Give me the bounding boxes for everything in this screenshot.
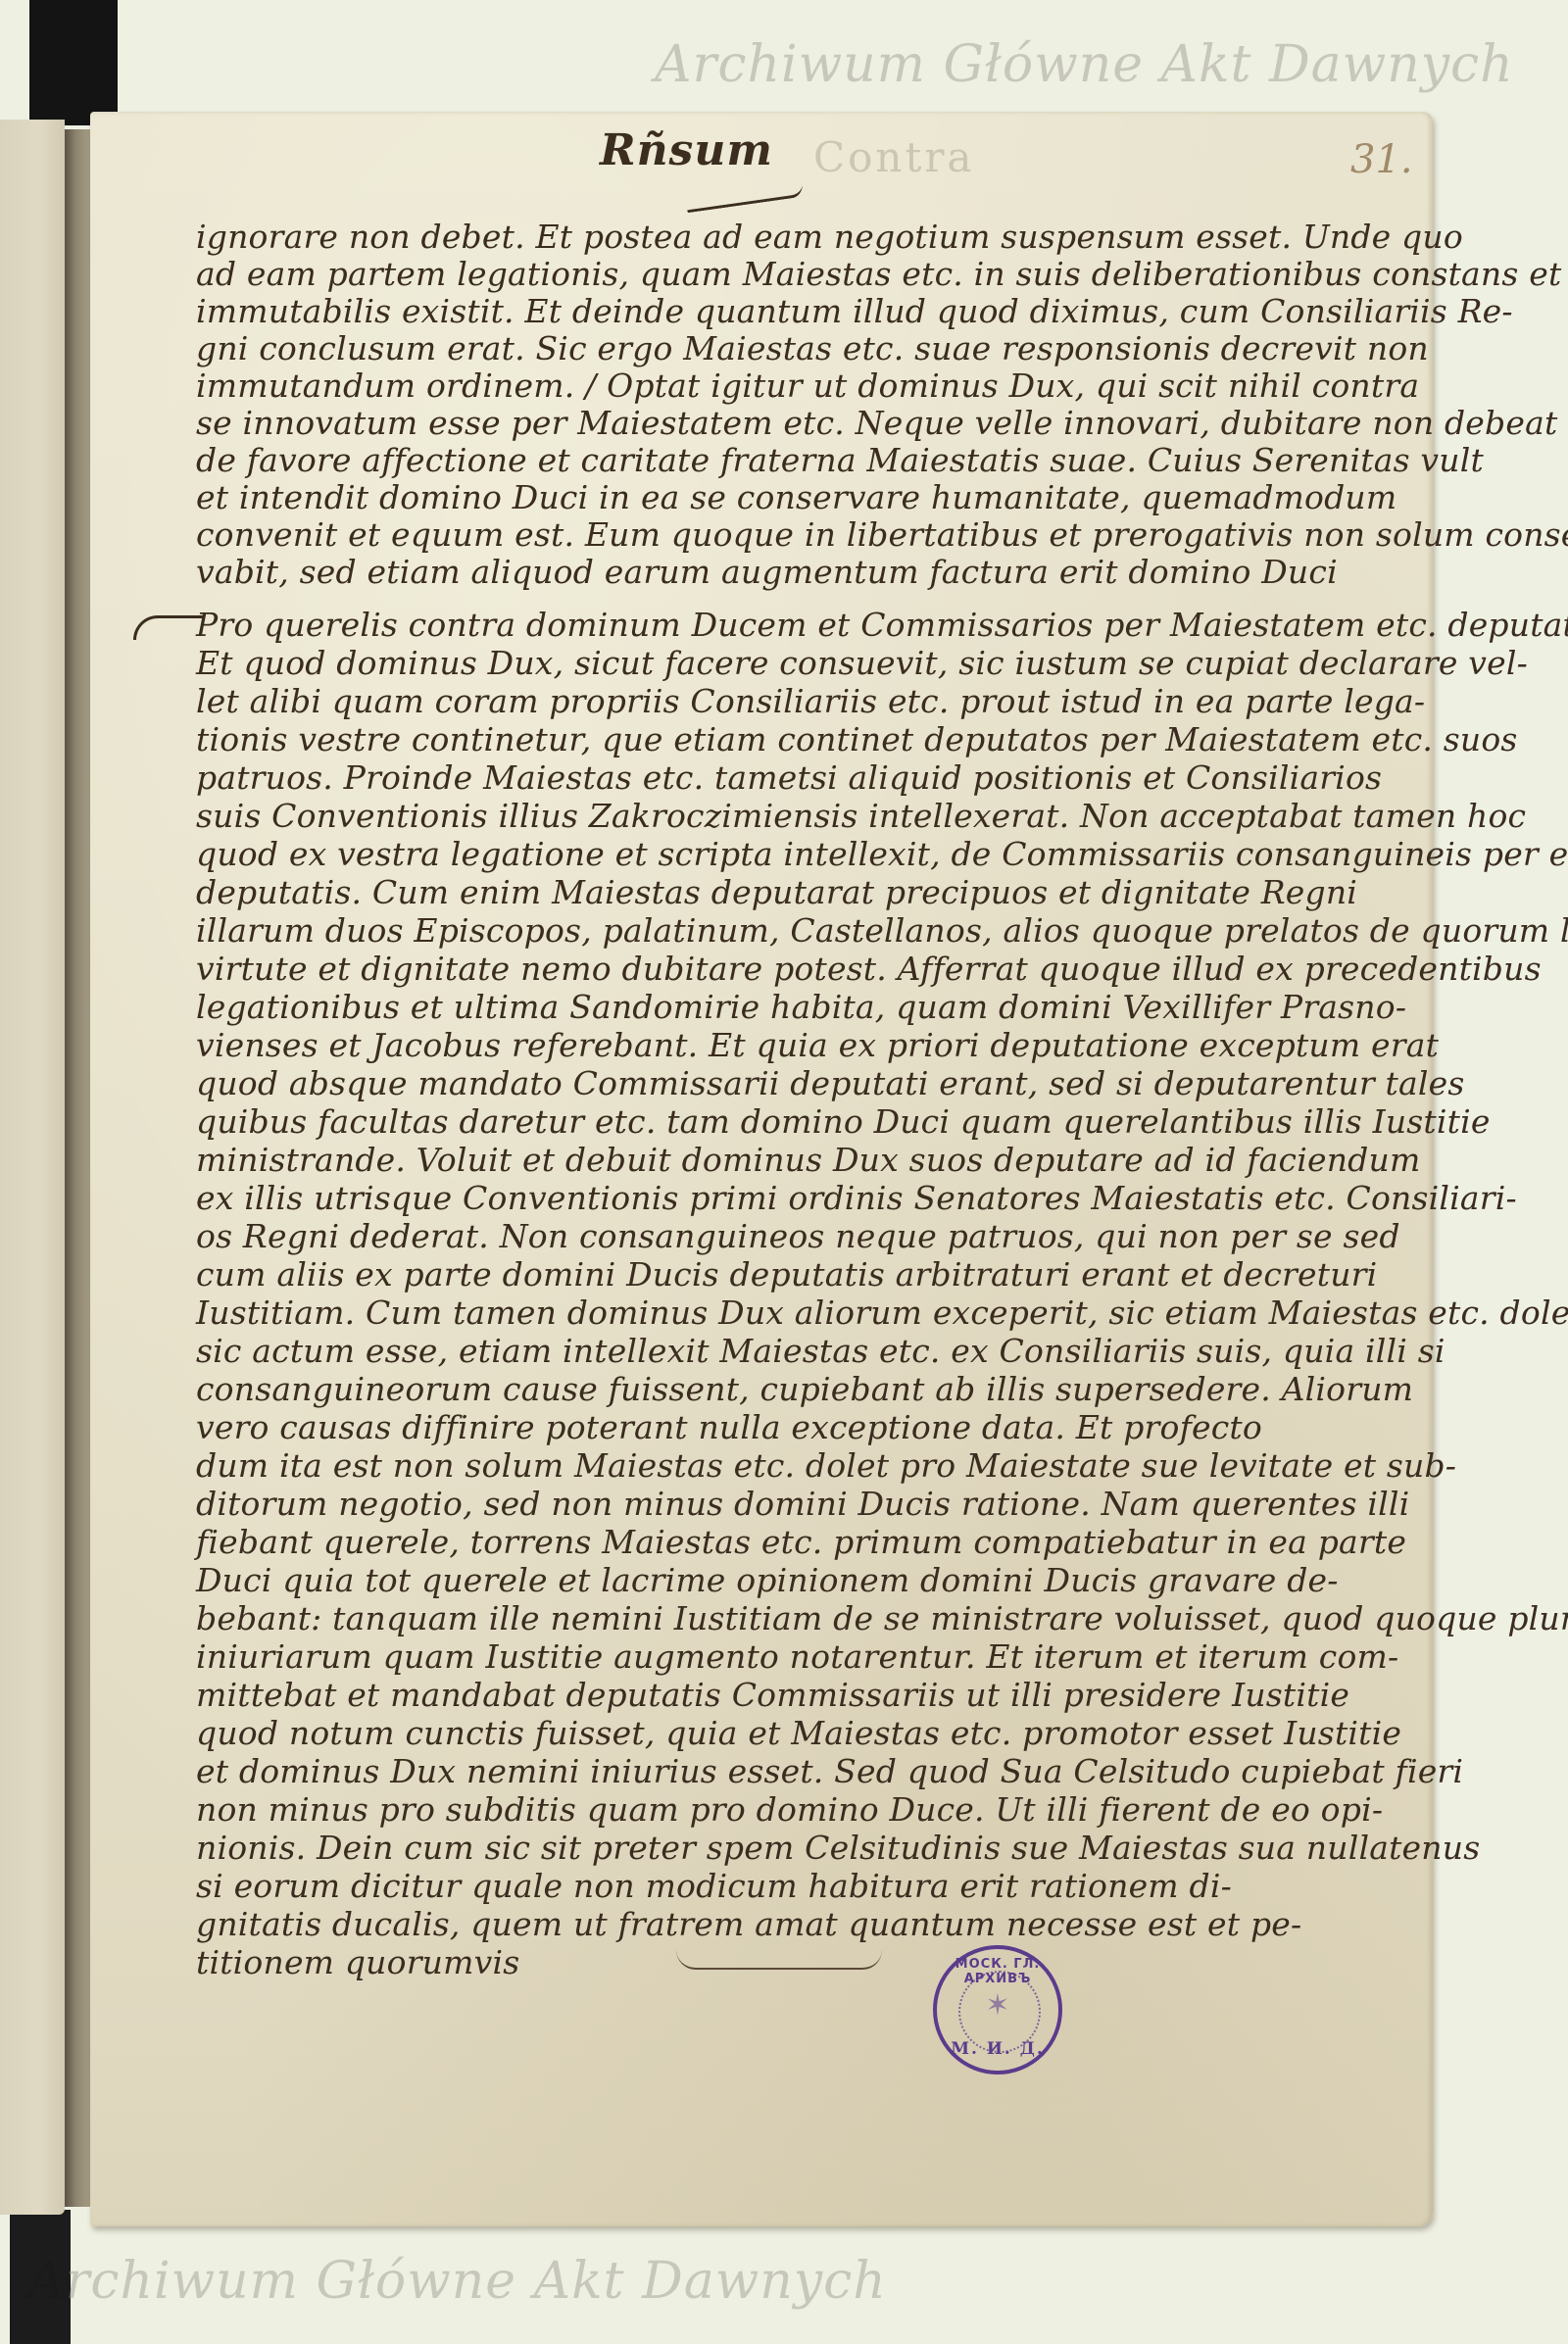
text-line: illarum duos Episcopos, palatinum, Caste… bbox=[196, 911, 1568, 950]
text-line: patruos. Proinde Maiestas etc. tametsi a… bbox=[196, 758, 1382, 797]
text-line: ad eam partem legationis, quam Maiestas … bbox=[196, 255, 1561, 293]
page-heading: Rñsum bbox=[600, 125, 773, 175]
text-line: convenit et equum est. Eum quoque in lib… bbox=[196, 515, 1568, 554]
previous-page-edge bbox=[0, 120, 65, 2215]
binding-gutter bbox=[65, 129, 90, 2207]
archive-stamp: МОСК. ГЛ. АРХИВЪ ✶ М. И. Д. bbox=[933, 1945, 1062, 2075]
text-line: vabit, sed etiam aliquod earum augmentum… bbox=[196, 553, 1338, 591]
text-line: non minus pro subditis quam pro domino D… bbox=[196, 1790, 1383, 1829]
text-line: vienses et Jacobus referebant. Et quia e… bbox=[196, 1026, 1439, 1064]
text-line: let alibi quam coram propriis Consiliari… bbox=[196, 682, 1425, 720]
text-line: Duci quia tot querele et lacrime opinion… bbox=[196, 1561, 1339, 1599]
text-line: Iustitiam. Cum tamen dominus Dux aliorum… bbox=[196, 1294, 1568, 1332]
text-line: et dominus Dux nemini iniurius esset. Se… bbox=[196, 1752, 1463, 1790]
text-line: gni conclusum erat. Sic ergo Maiestas et… bbox=[196, 329, 1429, 367]
text-line: immutandum ordinem. / Optat igitur ut do… bbox=[196, 366, 1419, 405]
text-line: gnitatis ducalis, quem ut fratrem amat q… bbox=[196, 1905, 1301, 1943]
text-line: de favore affectione et caritate fratern… bbox=[196, 441, 1484, 479]
text-line: se innovatum esse per Maiestatem etc. Ne… bbox=[196, 404, 1557, 442]
text-line: legationibus et ultima Sandomirie habita… bbox=[196, 988, 1406, 1026]
archive-watermark-top: Archiwum Główne Akt Dawnych bbox=[655, 35, 1514, 94]
watermark-rest: rchiwum Główne Akt Dawnych bbox=[66, 2252, 887, 2311]
text-line: cum aliis ex parte domini Ducis deputati… bbox=[196, 1255, 1377, 1294]
scanner-bed-strip-top bbox=[29, 0, 118, 125]
watermark-first-letter: A bbox=[27, 2252, 66, 2311]
text-line: ditorum negotio, sed non minus domini Du… bbox=[196, 1485, 1409, 1523]
text-line: ignorare non debet. Et postea ad eam neg… bbox=[196, 218, 1463, 256]
paragraph-mark-flourish bbox=[133, 615, 205, 640]
text-line: iniuriarum quam Iustitie augmento notare… bbox=[196, 1637, 1398, 1676]
archive-watermark-bottom: Archiwum Główne Akt Dawnych bbox=[27, 2252, 887, 2311]
text-line: Et quod dominus Dux, sicut facere consue… bbox=[196, 644, 1528, 682]
text-line: bebant: tanquam ille nemini Iustitiam de… bbox=[196, 1599, 1568, 1637]
text-line: quod absque mandato Commissarii deputati… bbox=[196, 1064, 1464, 1102]
text-line: suis Conventionis illius Zakroczimiensis… bbox=[196, 797, 1526, 835]
text-line: sic actum esse, etiam intellexit Maiesta… bbox=[196, 1332, 1445, 1370]
text-line: vero causas diffinire poterant nulla exc… bbox=[196, 1408, 1262, 1446]
text-line: consanguineorum cause fuissent, cupieban… bbox=[196, 1370, 1413, 1408]
text-line: virtute et dignitate nemo dubitare potes… bbox=[196, 950, 1542, 988]
folio-number: 31. bbox=[1350, 137, 1413, 182]
text-line: ministrande. Voluit et debuit dominus Du… bbox=[196, 1141, 1420, 1179]
stamp-bottom-text: М. И. Д. bbox=[937, 2039, 1058, 2059]
text-line: si eorum dicitur quale non modicum habit… bbox=[196, 1867, 1232, 1905]
text-line: ex illis utrisque Conventionis primi ord… bbox=[196, 1179, 1517, 1217]
eagle-emblem-icon: ✶ bbox=[980, 1988, 1015, 2024]
text-line: quibus facultas daretur etc. tam domino … bbox=[196, 1102, 1491, 1141]
text-line: mittebat et mandabat deputatis Commissar… bbox=[196, 1676, 1349, 1714]
closing-flourish bbox=[676, 1950, 882, 1970]
text-line: dum ita est non solum Maiestas etc. dole… bbox=[196, 1446, 1456, 1485]
text-line: os Regni dederat. Non consanguineos nequ… bbox=[196, 1217, 1400, 1255]
text-line: quod ex vestra legatione et scripta inte… bbox=[196, 835, 1568, 873]
text-line: quod notum cunctis fuisset, quia et Maie… bbox=[196, 1714, 1401, 1752]
text-line: nionis. Dein cum sic sit preter spem Cel… bbox=[196, 1829, 1480, 1867]
text-line: fiebant querele, torrens Maiestas etc. p… bbox=[196, 1523, 1406, 1561]
bleed-through-heading: Contra bbox=[813, 133, 974, 181]
text-line: titionem quorumvis bbox=[196, 1943, 519, 1981]
text-line: tionis vestre continetur, que etiam cont… bbox=[196, 720, 1518, 758]
text-line: Pro querelis contra dominum Ducem et Com… bbox=[196, 606, 1568, 644]
text-line: et intendit domino Duci in ea se conserv… bbox=[196, 478, 1396, 516]
text-line: immutabilis existit. Et deinde quantum i… bbox=[196, 292, 1513, 330]
text-line: deputatis. Cum enim Maiestas deputarat p… bbox=[196, 873, 1357, 911]
